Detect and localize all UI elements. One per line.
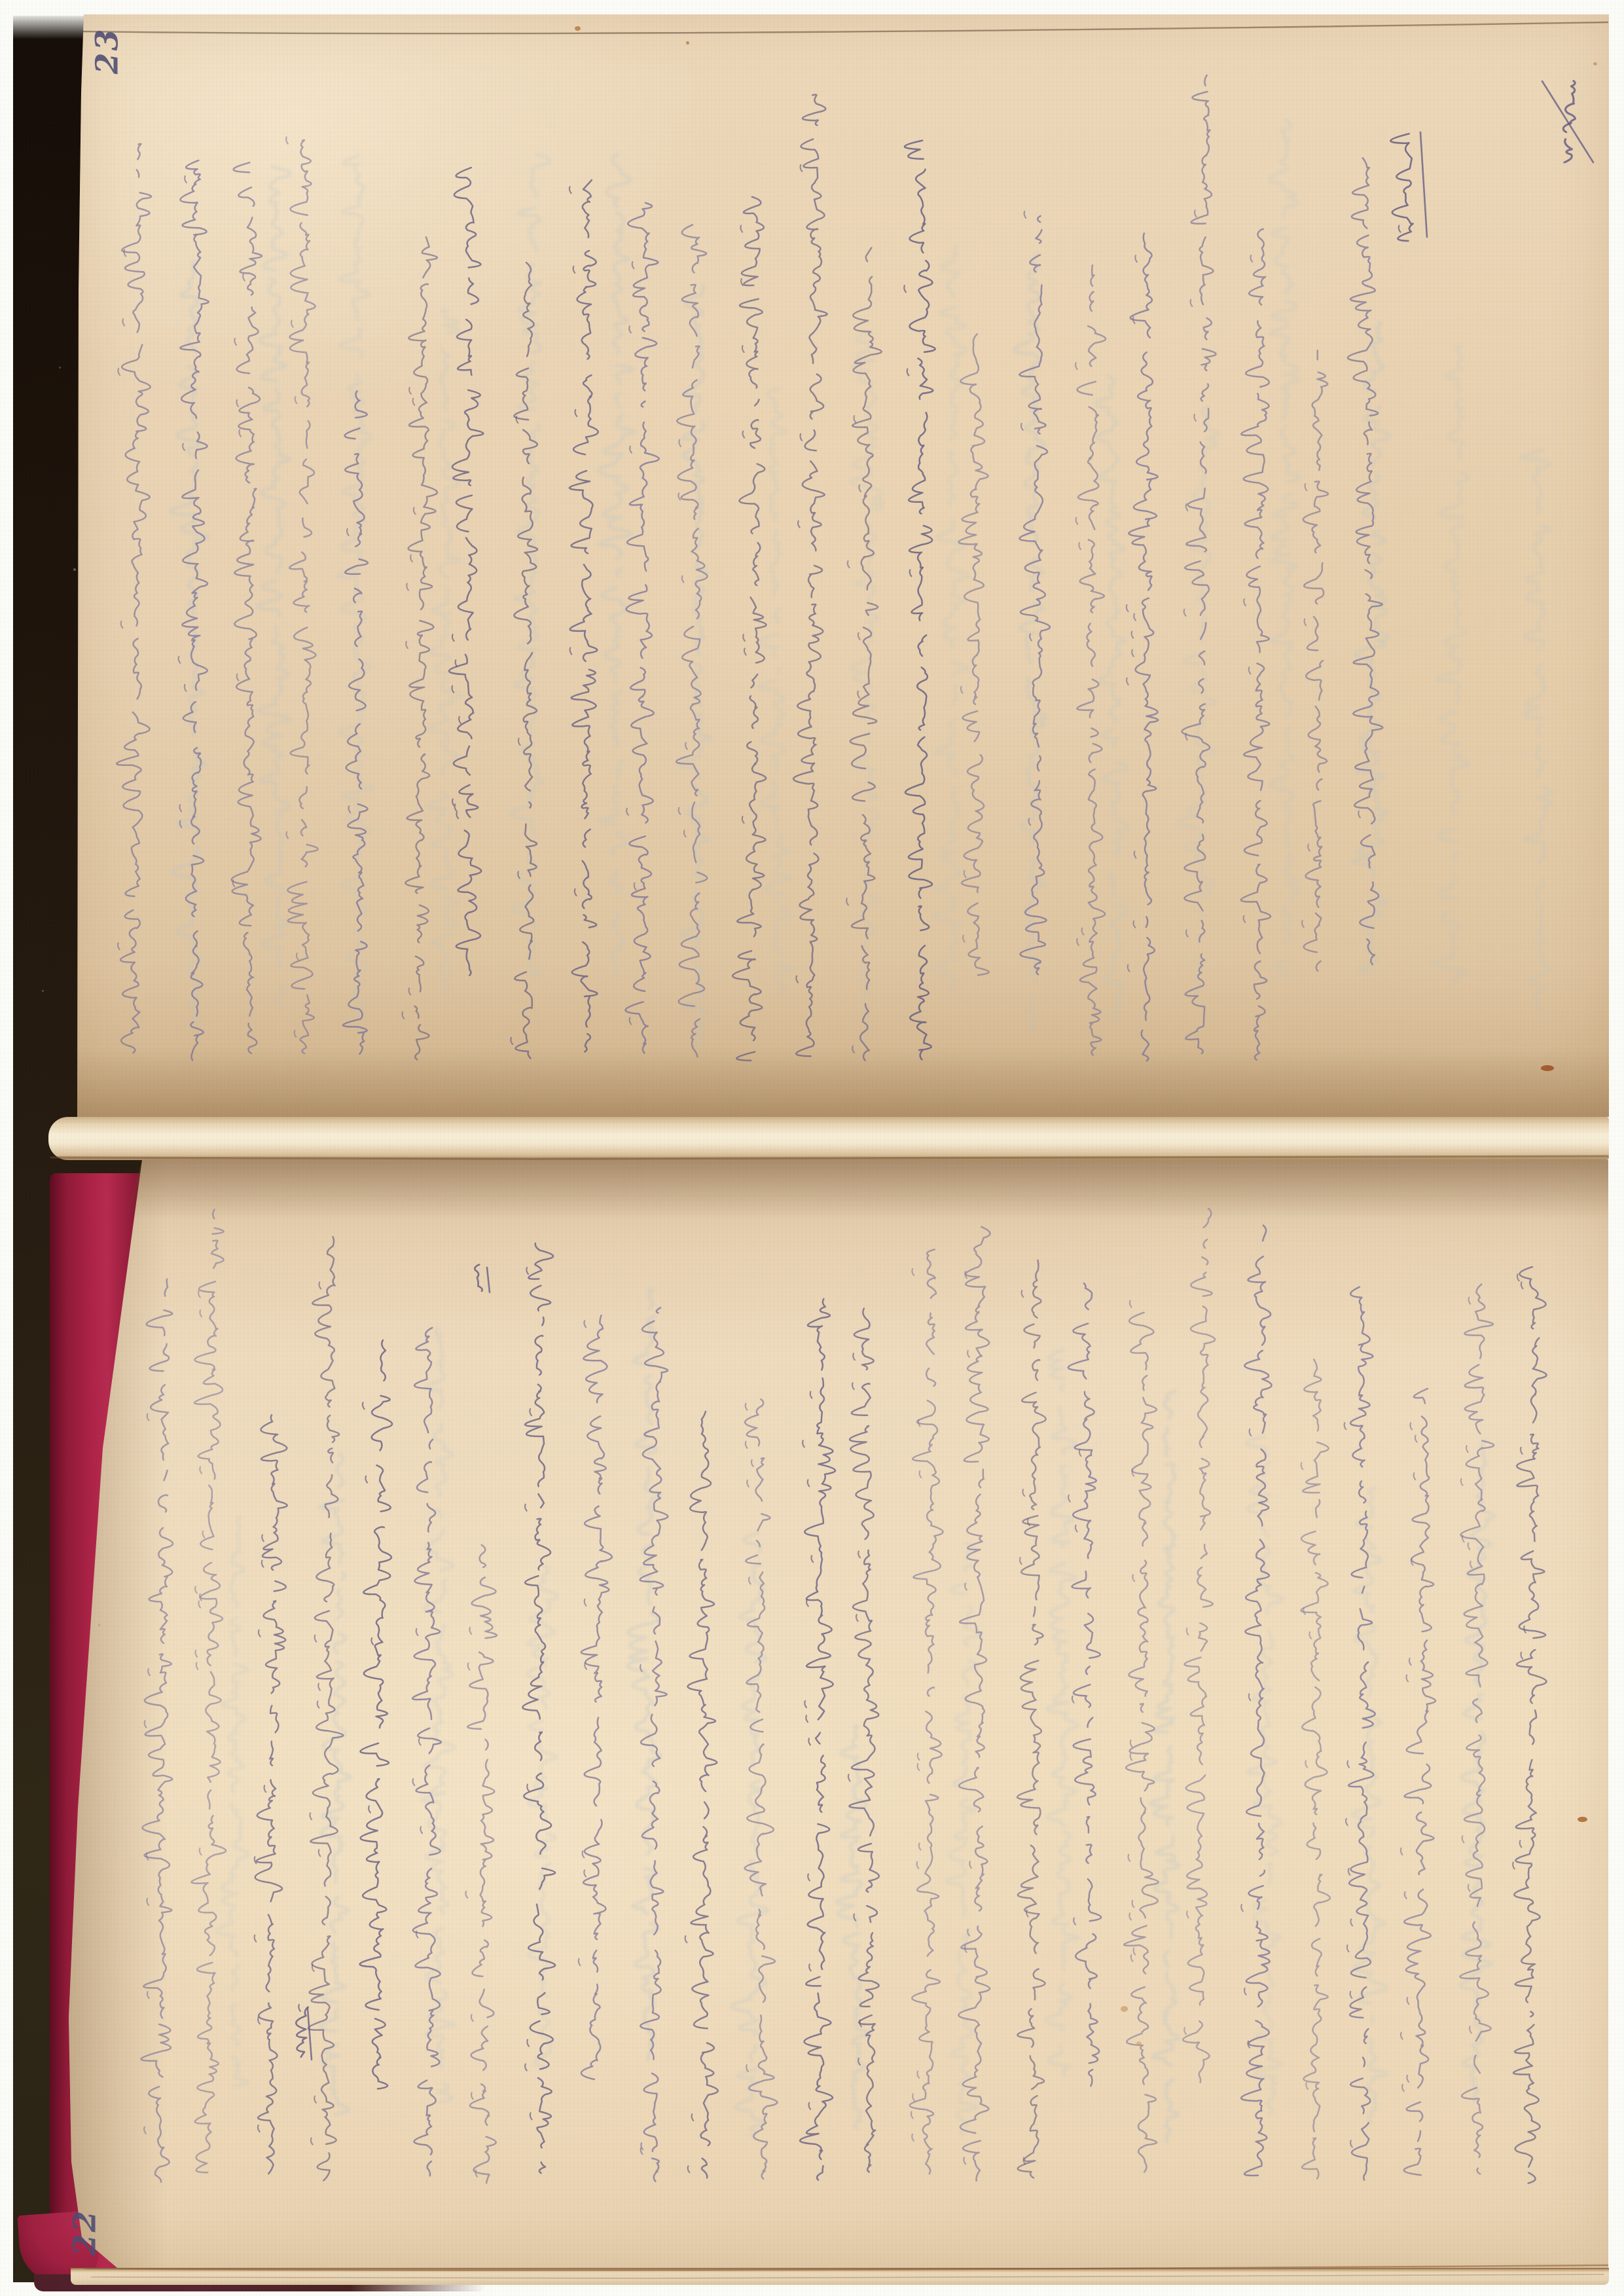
ghost-line <box>1096 376 1128 1020</box>
handwriting-diacritics <box>255 1535 266 2132</box>
ghost-line <box>1046 1350 1079 2075</box>
handwriting-word <box>475 1265 482 1291</box>
handwriting-line <box>1182 75 1216 1053</box>
ghost-showthrough-page23 <box>171 120 1551 1047</box>
handwriting-line <box>626 191 659 1053</box>
dust-speck <box>98 1624 100 1626</box>
ghost-line <box>258 167 291 1007</box>
handwriting-line <box>581 1315 612 2079</box>
handwriting-line <box>449 168 483 975</box>
handwriting-diacritics <box>1128 1301 1136 1961</box>
ghost-line <box>1521 450 1551 1009</box>
ghost-line <box>931 246 968 989</box>
handwriting-word <box>1563 81 1575 162</box>
handwriting-diacritics <box>1020 1290 1030 2164</box>
handwriting-diacritics <box>1127 255 1137 972</box>
ghost-line <box>1270 120 1299 977</box>
handwriting-diacritics <box>1401 1423 1417 2092</box>
handwriting-word <box>296 2007 308 2057</box>
handwriting-line <box>958 334 988 975</box>
underline-flourish <box>308 2009 312 2060</box>
handwriting-line <box>1301 1360 1330 2179</box>
foxing-spot <box>1541 1065 1554 1071</box>
handwriting-line <box>1017 1260 1046 2178</box>
underline-flourish <box>487 1267 490 1292</box>
handwriting-line <box>745 1399 778 2179</box>
handwriting-line <box>910 1250 943 2174</box>
handwriting-line <box>1077 265 1106 1055</box>
top-crease-line <box>82 22 1608 33</box>
underline-flourish <box>1420 132 1427 237</box>
handwriting-line <box>688 1412 718 2178</box>
ghost-line <box>679 285 711 1044</box>
handwriting-diacritics <box>1244 255 1253 922</box>
handwriting-svg <box>0 0 1624 2296</box>
handwriting-diacritics <box>846 416 861 1053</box>
ghost-line <box>427 310 462 990</box>
ghost-line <box>599 155 634 974</box>
ghost-line <box>1246 1437 1284 2115</box>
foxing-spot <box>1578 1817 1587 1822</box>
handwriting-line <box>522 1243 555 2173</box>
handwriting-diacritics <box>403 388 416 1019</box>
foxing-spot <box>1136 2041 1142 2046</box>
handwriting-diacritics <box>195 1291 204 1855</box>
handwriting-diacritics <box>363 1402 373 1812</box>
handwriting-diacritics <box>511 416 520 1044</box>
handwriting-line <box>1303 350 1328 971</box>
foxing-spot <box>575 26 581 31</box>
handwriting-diacritics <box>413 1629 423 1938</box>
handwriting-page-22 <box>141 1209 1547 2183</box>
handwriting-diacritics <box>144 1414 150 2134</box>
foxing-spot <box>1593 62 1597 65</box>
ghost-line <box>837 1711 869 2128</box>
foxing-spot <box>686 41 689 45</box>
handwriting-diacritics <box>579 1321 586 1965</box>
ghost-line <box>171 262 208 1027</box>
ghost-line <box>319 1454 350 2114</box>
handwriting-diacritics <box>1184 1628 1189 2034</box>
handwriting-line <box>255 1415 287 2174</box>
handwriting-diacritics <box>626 262 636 1025</box>
handwriting-line <box>793 95 827 1057</box>
bottom-edge-line <box>85 2265 1608 2270</box>
handwriting-diacritics <box>179 176 187 828</box>
handwriting-diacritics <box>1399 226 1401 232</box>
handwriting-diacritics <box>740 225 746 823</box>
ghost-line <box>217 1517 247 2086</box>
handwriting-diacritics <box>1513 1274 1526 1868</box>
handwriting-diacritics <box>310 1283 321 2145</box>
handwriting-line <box>467 1545 497 2183</box>
fold-crevice-line <box>51 1156 1608 1159</box>
scanned-notebook-photo: 23 22 <box>0 0 1624 2296</box>
handwriting-line <box>905 126 935 1060</box>
handwriting-line <box>1513 1267 1546 2183</box>
handwriting-diacritics <box>1358 811 1360 818</box>
handwriting-diacritics <box>796 165 802 983</box>
handwriting-diacritics <box>118 249 126 949</box>
handwriting-line <box>1460 1285 1494 2174</box>
handwriting-diacritics <box>298 2005 300 2011</box>
handwriting-line <box>191 1210 226 2173</box>
handwriting-line <box>287 140 317 1053</box>
handwriting-line <box>117 144 151 1053</box>
handwriting-line <box>1128 224 1158 1061</box>
handwriting-diacritics <box>961 687 966 942</box>
handwriting-line <box>800 1299 835 2180</box>
handwriting-line <box>1068 1283 1101 2086</box>
dust-speck <box>73 568 76 571</box>
handwriting-diacritics <box>1302 484 1310 927</box>
dust-speck <box>59 367 61 369</box>
handwriting-diacritics <box>1241 1429 1251 2048</box>
ghost-line <box>851 332 884 1047</box>
handwriting-diacritics <box>803 1392 813 2109</box>
handwriting-line <box>1404 1389 1435 2175</box>
handwriting-line <box>360 1340 392 2089</box>
ghost-line <box>1014 254 1047 1029</box>
handwriting-diacritics <box>911 1269 921 2141</box>
foxing-spot <box>1121 2006 1128 2012</box>
page-number-23: 23 <box>90 27 126 75</box>
handwriting-line <box>569 180 598 1051</box>
handwriting-diacritics <box>569 187 577 896</box>
page-number-22: 22 <box>67 2209 103 2256</box>
ghost-line <box>759 390 794 995</box>
handwriting-diacritics <box>685 1936 694 2172</box>
ghost-line <box>1433 346 1469 982</box>
dust-speck <box>42 990 44 992</box>
ghost-showthrough-page22 <box>217 1277 1494 2142</box>
handwriting-line <box>1241 229 1271 1060</box>
ghost-line <box>1353 1488 1388 2122</box>
ghost-line <box>422 1329 455 2102</box>
handwriting-word <box>1390 134 1413 241</box>
handwriting-line <box>141 1265 173 2182</box>
handwriting-line <box>676 225 708 1057</box>
ghost-line <box>1150 1391 1179 2142</box>
bottom-edge-line-2 <box>92 2274 1604 2278</box>
handwriting-line <box>1183 1209 1215 2083</box>
ghost-line <box>338 140 373 1032</box>
handwriting-diacritics <box>904 285 911 576</box>
handwriting-diacritics <box>1075 363 1083 945</box>
handwriting-line <box>732 197 766 1061</box>
handwriting-diacritics <box>1301 1463 1311 2089</box>
handwriting-diacritics <box>465 1628 477 2177</box>
